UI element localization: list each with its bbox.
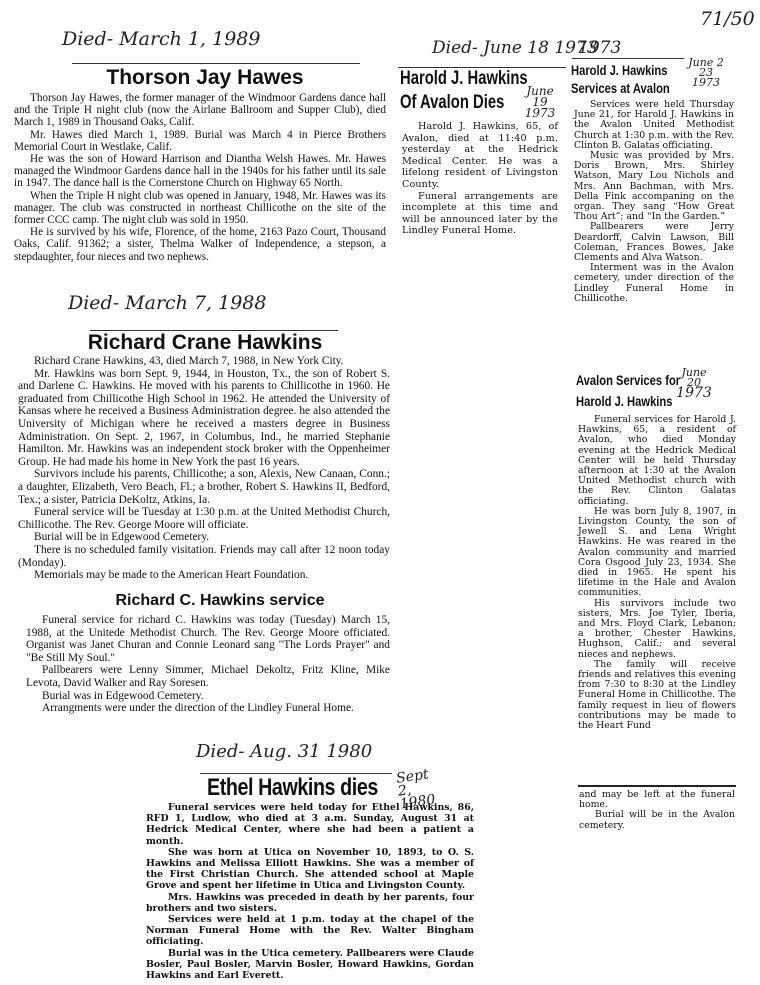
corner-handwritten-note: 71/50 (700, 8, 755, 30)
paragraph: Pallbearers were Jerry Deardorff, Calvin… (574, 222, 734, 263)
paragraph: Pallbearers were Lenny Simmer, Michael D… (26, 664, 390, 689)
paragraph: There is no scheduled family visitation.… (18, 544, 390, 569)
headline-line-1: Harold J. Hawkins (571, 62, 667, 78)
paragraph: Services were held at 1 p.m. today at th… (146, 914, 474, 948)
paragraph: and may be left at the funeral home. (579, 790, 735, 810)
article-body: Funeral services for Harold J. Hawkins, … (578, 415, 736, 731)
paragraph: Music was provided by Mrs. Doris Brown, … (574, 151, 734, 222)
handwritten-annotation: June 19 1973 (520, 86, 560, 119)
article-body: Thorson Jay Hawes, the former manager of… (14, 92, 386, 263)
paragraph: Funeral service for richard C. Hawkins w… (26, 614, 390, 664)
paragraph: His survivors include two sisters, Mrs. … (578, 599, 736, 660)
handwritten-death-date: Died- June 18 1973 (432, 38, 598, 58)
paragraph: Burial was in the Utica cemetery. Pallbe… (146, 948, 474, 982)
paragraph: Mr. Hawkins was born Sept. 9, 1944, in H… (18, 368, 390, 469)
paragraph: Interment was in the Avalon cemetery, un… (574, 263, 734, 304)
handwritten-year: 1973 (578, 38, 621, 58)
headline: Richard C. Hawkins service (90, 592, 350, 610)
paragraph: She was born at Utica on November 10, 18… (146, 847, 474, 892)
paragraph: Arrangments were under the direction of … (26, 702, 390, 715)
divider (572, 58, 684, 59)
article-body: Services were held Thursday June 21, for… (574, 100, 734, 304)
paragraph: Burial was in Edgewood Cemetery. (26, 690, 390, 703)
headline-line-2: Of Avalon Dies (400, 92, 504, 114)
article-body: Funeral services were held today for Eth… (146, 802, 474, 981)
article-body: Funeral service for richard C. Hawkins w… (26, 614, 390, 715)
annotation-year: 1973 (670, 388, 718, 398)
paragraph: He was the son of Howard Harrison and Di… (14, 153, 386, 190)
handwritten-death-date: Died- March 1, 1989 (62, 28, 260, 50)
paragraph: When the Triple H night club was opened … (14, 190, 386, 227)
paragraph: Funeral services for Harold J. Hawkins, … (578, 415, 736, 507)
headline-line-2: Harold J. Hawkins (576, 393, 672, 409)
paragraph: Burial will be in the Avalon cemetery. (579, 810, 735, 830)
headline-line-1: Avalon Services for (576, 372, 680, 388)
paragraph: Memorials may be made to the American He… (18, 569, 390, 582)
headline: Ethel Hawkins dies (207, 774, 378, 802)
annotation-year: 1973 (520, 108, 560, 119)
paragraph: Burial will be in Edgewood Cemetery. (18, 531, 390, 544)
cut-line (578, 785, 736, 787)
headline-line-1: Harold J. Hawkins (400, 68, 528, 90)
divider (72, 63, 360, 64)
article-body: Richard Crane Hawkins, 43, died March 7,… (18, 355, 390, 582)
paragraph: Mr. Hawes died March 1, 1989. Burial was… (14, 129, 386, 153)
handwritten-death-date: Died- March 7, 1988 (68, 292, 266, 314)
headline: Thorson Jay Hawes (60, 66, 350, 90)
paragraph: The family will receive friends and rela… (578, 660, 736, 731)
paragraph: Funeral arrangements are incomplete at t… (402, 191, 558, 237)
paragraph: Survivors include his parents, Chillicot… (18, 468, 390, 506)
article-body: Harold J. Hawkins, 65, of Avalon, died a… (402, 121, 558, 237)
paragraph: Harold J. Hawkins, 65, of Avalon, died a… (402, 121, 558, 191)
paragraph: Thorson Jay Hawes, the former manager of… (14, 92, 386, 129)
paragraph: Services were held Thursday June 21, for… (574, 100, 734, 151)
paragraph: Funeral service will be Tuesday at 1:30 … (18, 506, 390, 531)
paragraph: Funeral services were held today for Eth… (146, 802, 474, 847)
article-continuation: and may be left at the funeral home. Bur… (579, 790, 735, 831)
handwritten-annotation: June 20 1973 (670, 368, 718, 398)
paragraph: He is survived by his wife, Florence, of… (14, 226, 386, 263)
headline: Richard Crane Hawkins (70, 331, 340, 355)
annotation-year: 1973 (686, 78, 726, 88)
handwritten-annotation: June 2 23 1973 (686, 58, 726, 88)
paragraph: Mrs. Hawkins was preceded in death by he… (146, 892, 474, 914)
headline-line-2: Services at Avalon (571, 80, 670, 96)
paragraph: He was born July 8, 1907, in Livingston … (578, 507, 736, 599)
paragraph: Richard Crane Hawkins, 43, died March 7,… (18, 355, 390, 368)
handwritten-death-date: Died- Aug. 31 1980 (196, 741, 372, 762)
